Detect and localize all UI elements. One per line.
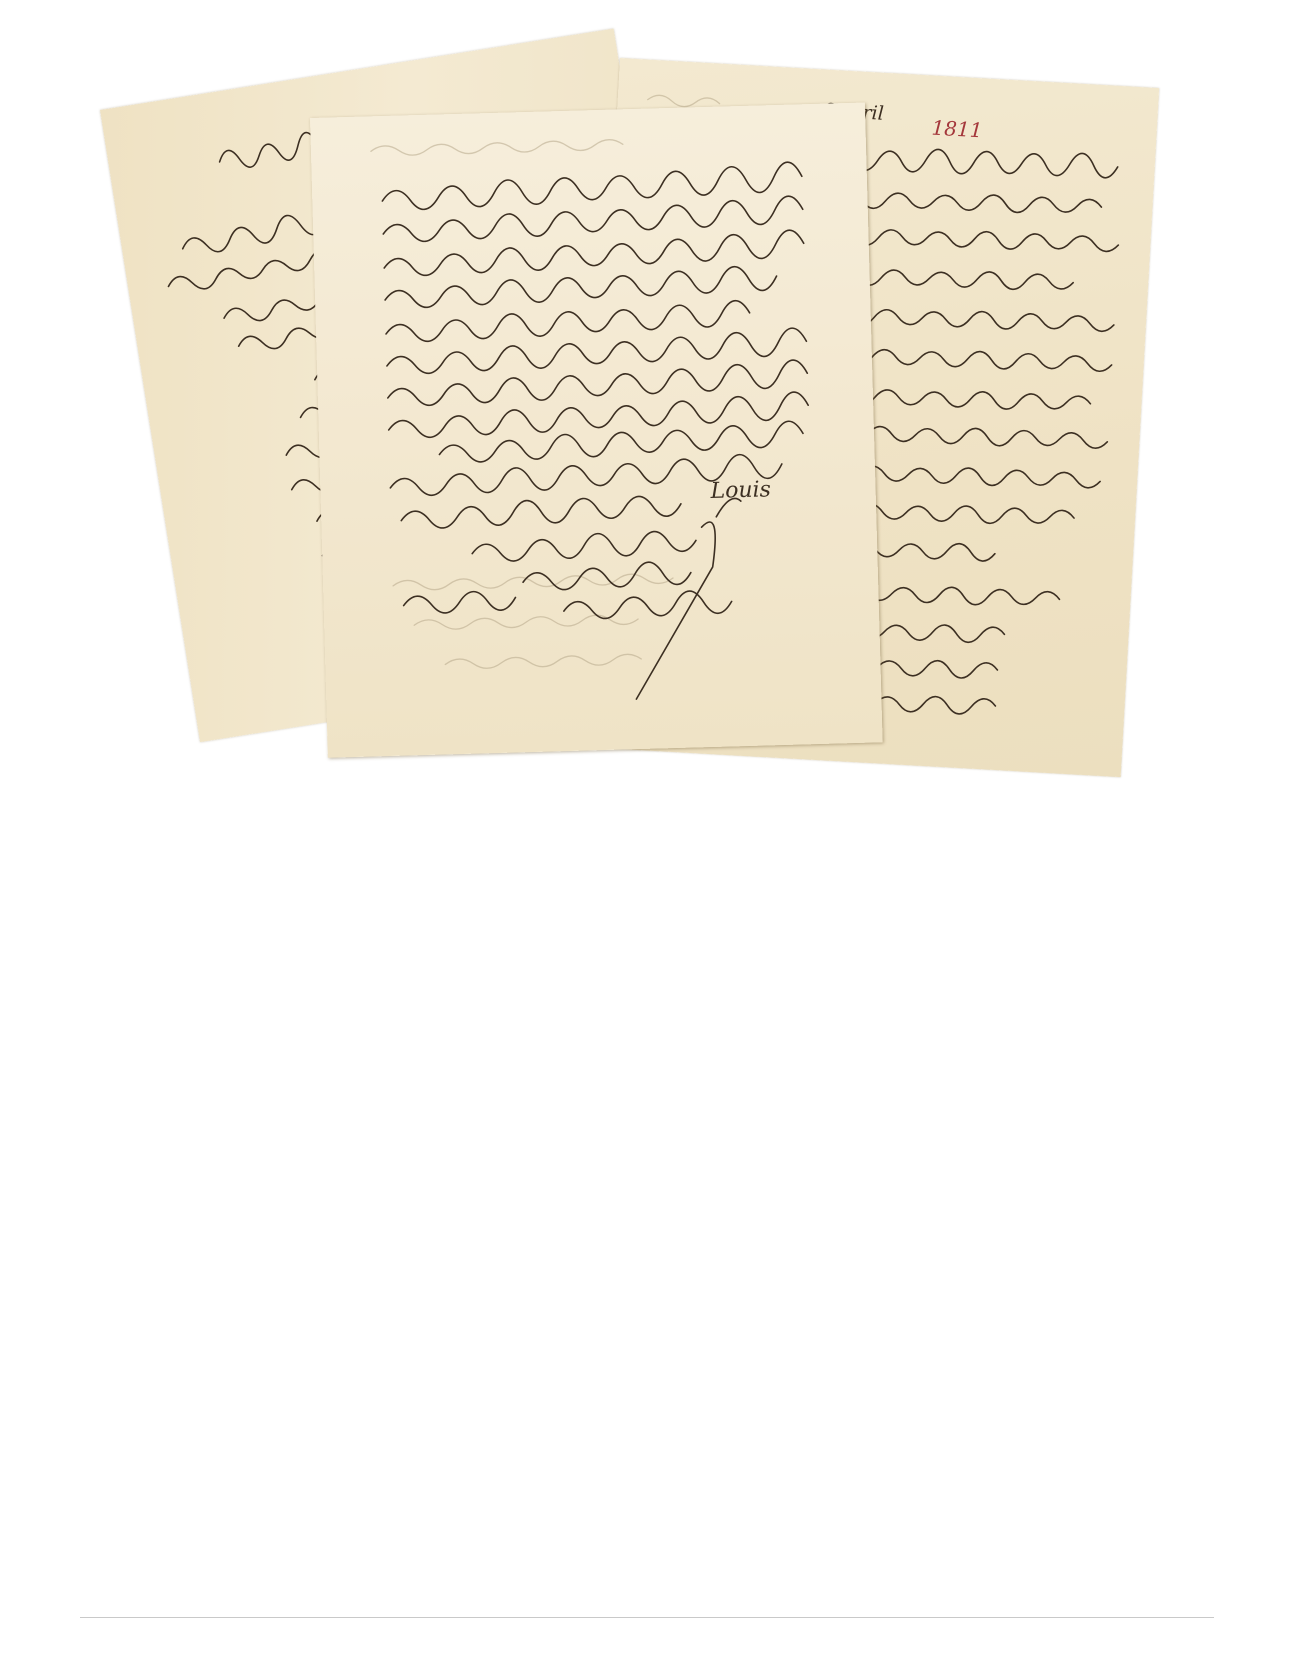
- manuscript-photo: 6 avril 1811 Louis: [80, 40, 1220, 840]
- year-annotation: 1811: [931, 116, 983, 143]
- letter-sheet-front: Louis: [310, 103, 883, 758]
- signature: Louis: [710, 477, 771, 504]
- handwriting-lines: [310, 103, 883, 758]
- footer-rule: [80, 1617, 1214, 1618]
